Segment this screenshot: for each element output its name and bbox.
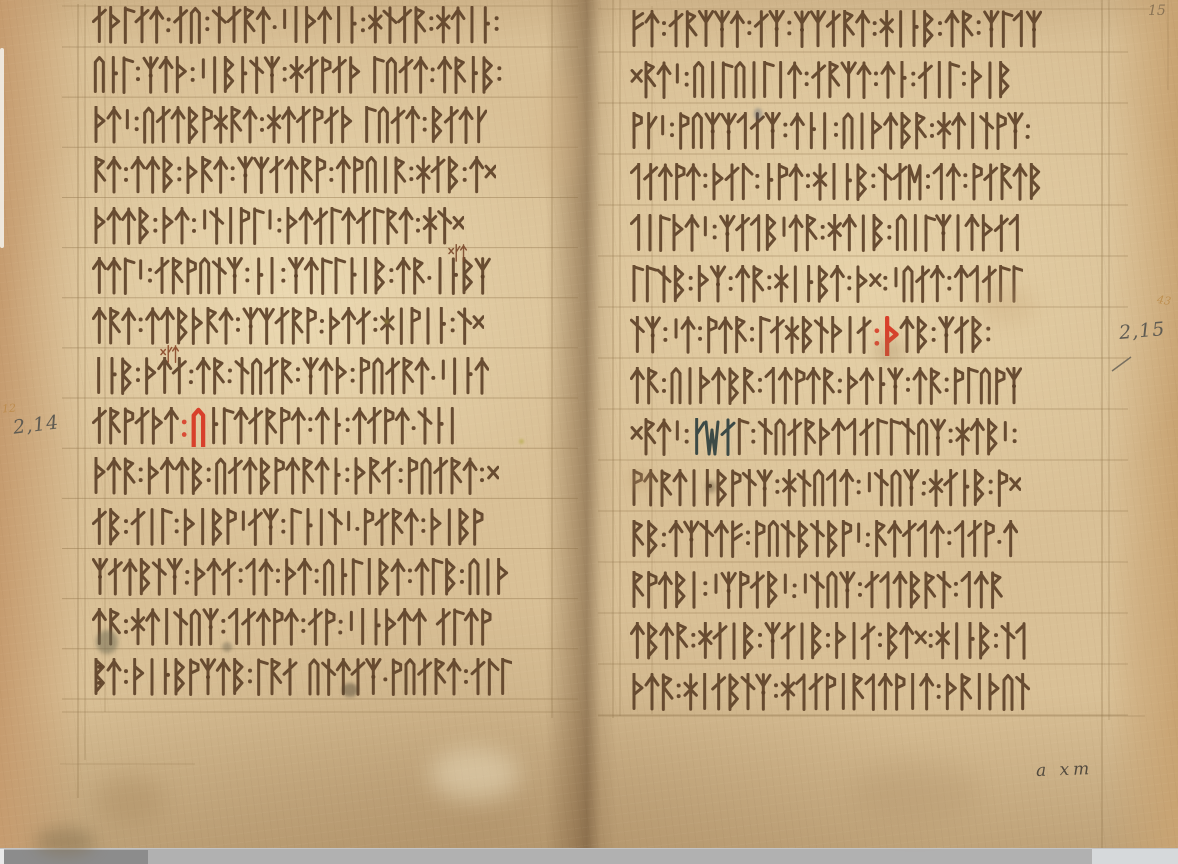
right-page-line-8 — [630, 367, 1022, 409]
margin-note-right-chapter: 43 — [1156, 293, 1172, 308]
left-page-line-1 — [92, 6, 501, 48]
right-page-line-12 — [630, 571, 1003, 613]
runic-text-svg — [92, 307, 484, 347]
right-page-line-10 — [630, 469, 1021, 511]
right-page-line-14 — [630, 673, 1030, 715]
right-page-line-5 — [630, 214, 1022, 256]
runic-text-svg — [630, 418, 1019, 458]
manuscript-spread: 12 2,14 43 2,15 15 a xm — [0, 0, 1178, 864]
runic-text-svg — [92, 257, 491, 297]
runic-text-svg — [92, 106, 487, 146]
quire-mark: a xm — [1036, 759, 1094, 781]
runic-text-svg — [630, 622, 1029, 662]
runic-text-svg — [630, 112, 1033, 152]
runic-text-svg — [630, 316, 993, 356]
right-page-line-9 — [630, 418, 1019, 460]
margin-note-left-ref: 2,14 — [12, 411, 61, 438]
left-page-line-4 — [92, 156, 496, 198]
runic-text-svg — [92, 6, 501, 46]
runic-text-svg — [630, 571, 1003, 611]
runic-text-svg — [630, 10, 1042, 50]
runic-text-svg — [630, 469, 1021, 509]
horizontal-scrollbar-thumb[interactable] — [4, 850, 148, 864]
left-page-line-2 — [92, 56, 504, 98]
parchment-stain — [95, 775, 165, 825]
page-edge-highlight — [0, 48, 4, 248]
left-page-line-7 — [92, 307, 484, 349]
parchment-stain — [430, 748, 520, 800]
interlinear-insertion-2 — [160, 345, 179, 387]
right-page-line-3 — [630, 112, 1033, 154]
left-page-line-13 — [92, 608, 492, 650]
margin-note-right-ref: 2,15 — [1118, 318, 1166, 344]
left-page-line-10 — [92, 457, 499, 499]
parchment-stain — [519, 439, 524, 444]
runic-text-svg — [92, 56, 504, 96]
parchment-stain — [540, 70, 580, 190]
left-page-line-11 — [92, 508, 484, 550]
runic-text-svg — [630, 367, 1022, 407]
runic-text-svg — [448, 244, 467, 263]
left-page-line-14 — [92, 658, 512, 700]
left-page-line-9 — [92, 407, 459, 449]
runic-text-svg — [92, 357, 489, 397]
runic-text-svg — [630, 61, 1011, 101]
left-page-line-5 — [92, 207, 464, 249]
right-page-line-13 — [630, 622, 1029, 664]
runic-text-svg — [92, 207, 464, 247]
horizontal-scrollbar-track[interactable] — [0, 848, 1178, 864]
runic-text-svg — [92, 156, 496, 196]
margin-note-left-chapter: 12 — [2, 402, 17, 416]
right-page-line-11 — [630, 520, 1018, 562]
parchment-stain — [1128, 540, 1170, 740]
pencil-tick — [1112, 357, 1131, 371]
left-page-line-3 — [92, 106, 487, 148]
runic-text-svg — [630, 673, 1030, 713]
right-page-line-7 — [630, 316, 993, 358]
runic-text-svg — [160, 345, 179, 364]
right-page-line-6 — [630, 265, 1023, 307]
runic-text-svg — [92, 457, 499, 497]
left-page-line-8 — [92, 357, 489, 399]
right-page-line-1 — [630, 10, 1042, 52]
runic-text-svg — [92, 658, 512, 698]
runic-text-svg — [92, 407, 459, 447]
runic-text-svg — [630, 214, 1022, 254]
interlinear-insertion-1 — [448, 244, 467, 286]
runic-text-svg — [630, 520, 1018, 560]
gutter-shadow — [545, 0, 617, 864]
right-page-line-4 — [630, 163, 1042, 205]
page-number: 15 — [1148, 3, 1166, 19]
runic-text-svg — [92, 508, 484, 548]
parchment-stain — [850, 762, 980, 824]
runic-text-svg — [92, 608, 492, 648]
runic-text-svg — [92, 558, 509, 598]
runic-text-svg — [630, 163, 1042, 203]
right-page-line-2 — [630, 61, 1011, 103]
runic-text-svg — [630, 265, 1023, 305]
left-page-line-12 — [92, 558, 509, 600]
left-page-line-6 — [92, 257, 491, 299]
